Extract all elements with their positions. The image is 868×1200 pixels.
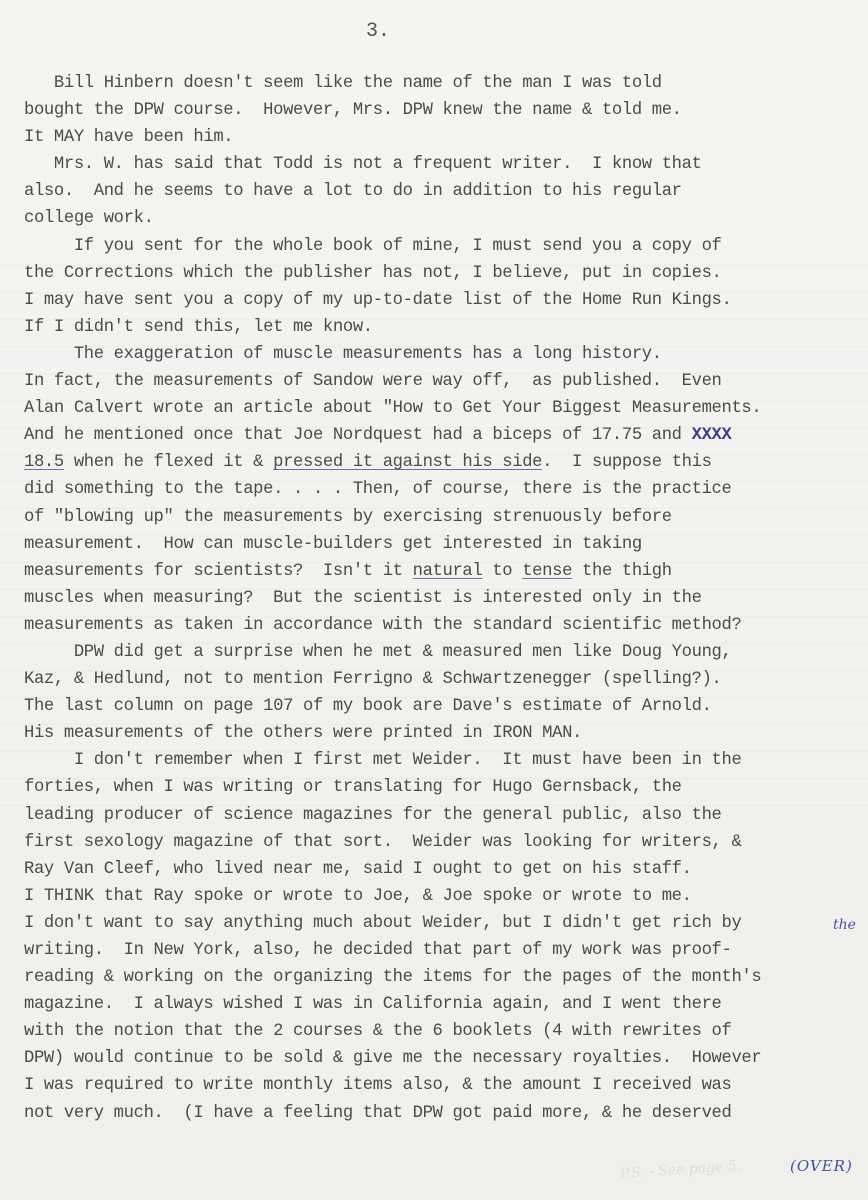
typed-line: The last column on page 107 of my book a… bbox=[24, 693, 854, 720]
struck-out-text: XXXX bbox=[692, 426, 732, 445]
typed-letter-body: Bill Hinbern doesn't seem like the name … bbox=[24, 70, 854, 1127]
typed-line: muscles when measuring? But the scientis… bbox=[24, 585, 854, 612]
typed-line: bought the DPW course. However, Mrs. DPW… bbox=[24, 97, 854, 124]
typed-line: reading & working on the organizing the … bbox=[24, 964, 854, 991]
typed-line: first sexology magazine of that sort. We… bbox=[24, 829, 854, 856]
typed-line: In fact, the measurements of Sandow were… bbox=[24, 368, 854, 395]
typed-line: DPW did get a surprise when he met & mea… bbox=[24, 639, 854, 666]
typed-line: I don't remember when I first met Weider… bbox=[24, 747, 854, 774]
typed-line: If I didn't send this, let me know. bbox=[24, 314, 854, 341]
typed-line: DPW) would continue to be sold & give me… bbox=[24, 1045, 854, 1072]
typed-line: the Corrections which the publisher has … bbox=[24, 260, 854, 287]
typed-line: 18.5 when he flexed it & pressed it agai… bbox=[24, 449, 854, 476]
typed-line: If you sent for the whole book of mine, … bbox=[24, 233, 854, 260]
typed-line: college work. bbox=[24, 205, 854, 232]
typed-line: It MAY have been him. bbox=[24, 124, 854, 151]
typed-line: did something to the tape. . . . Then, o… bbox=[24, 476, 854, 503]
typed-line: I don't want to say anything much about … bbox=[24, 910, 854, 937]
typed-line: Kaz, & Hedlund, not to mention Ferrigno … bbox=[24, 666, 854, 693]
typed-line: I THINK that Ray spoke or wrote to Joe, … bbox=[24, 883, 854, 910]
typed-line: Bill Hinbern doesn't seem like the name … bbox=[24, 70, 854, 97]
underlined-phrase: tense bbox=[522, 562, 572, 581]
typed-line: His measurements of the others were prin… bbox=[24, 720, 854, 747]
handwritten-over-note: (OVER) bbox=[790, 1157, 853, 1175]
underlined-phrase: natural bbox=[413, 562, 483, 581]
typed-line: I was required to write monthly items al… bbox=[24, 1072, 854, 1099]
typed-line: with the notion that the 2 courses & the… bbox=[24, 1018, 854, 1045]
typed-line: Alan Calvert wrote an article about "How… bbox=[24, 395, 854, 422]
typed-line: measurements for scientists? Isn't it na… bbox=[24, 558, 854, 585]
typed-line: not very much. (I have a feeling that DP… bbox=[24, 1100, 854, 1127]
underlined-phrase: 18.5 bbox=[24, 453, 64, 472]
typed-line: also. And he seems to have a lot to do i… bbox=[24, 178, 854, 205]
typed-line: writing. In New York, also, he decided t… bbox=[24, 937, 854, 964]
typed-line: of "blowing up" the measurements by exer… bbox=[24, 504, 854, 531]
typed-line: The exaggeration of muscle measurements … bbox=[24, 341, 854, 368]
typed-line: Mrs. W. has said that Todd is not a freq… bbox=[24, 151, 854, 178]
typed-line: forties, when I was writing or translati… bbox=[24, 774, 854, 801]
typed-line: measurements as taken in accordance with… bbox=[24, 612, 854, 639]
underlined-phrase: pressed it against his side bbox=[273, 453, 542, 472]
typed-line: leading producer of science magazines fo… bbox=[24, 802, 854, 829]
handwritten-insert: the bbox=[833, 917, 856, 933]
page-number: 3. bbox=[366, 20, 390, 43]
typed-line: measurement. How can muscle-builders get… bbox=[24, 531, 854, 558]
typed-line: I may have sent you a copy of my up-to-d… bbox=[24, 287, 854, 314]
typed-line: Ray Van Cleef, who lived near me, said I… bbox=[24, 856, 854, 883]
typed-line: And he mentioned once that Joe Nordquest… bbox=[24, 422, 854, 449]
typed-line: magazine. I always wished I was in Calif… bbox=[24, 991, 854, 1018]
